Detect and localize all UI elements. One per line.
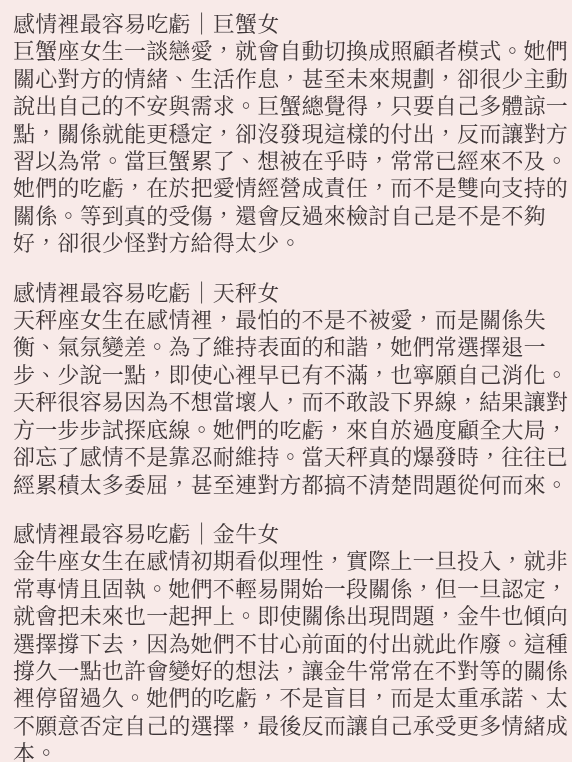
text-line: 就會把未來也一起押上。即使關係出現問題，金牛也傾向 (13, 604, 559, 631)
text-line: 習以為常。當巨蟹累了、想被在乎時，常常已經來不及。 (13, 149, 559, 176)
text-line: 常專情且固執。她們不輕易開始一段關係，但一旦認定， (13, 577, 559, 604)
text-line: 本。 (13, 741, 559, 762)
text-line: 步、少說一點，即使心裡早已有不滿，也寧願自己消化。 (13, 363, 559, 390)
text-line: 撐久一點也許會變好的想法，讓金牛常常在不對等的關係 (13, 659, 559, 686)
section-cancer: 感情裡最容易吃虧｜巨蟹女 巨蟹座女生一談戀愛，就會自動切換成照顧者模式。她們 關… (13, 12, 559, 259)
text-line: 關心對方的情緒、生活作息，甚至未來規劃，卻很少主動 (13, 67, 559, 94)
text-line: 巨蟹座女生一談戀愛，就會自動切換成照顧者模式。她們 (13, 39, 559, 66)
text-line: 天秤座女生在感情裡，最怕的不是不被愛，而是關係失 (13, 308, 559, 335)
text-line: 金牛座女生在感情初期看似理性，實際上一旦投入，就非 (13, 549, 559, 576)
text-line: 好，卻很少怪對方給得太少。 (13, 231, 559, 258)
text-line: 點，關係就能更穩定，卻沒發現這樣的付出，反而讓對方 (13, 122, 559, 149)
text-line: 不願意否定自己的選擇，最後反而讓自己承受更多情緒成 (13, 714, 559, 741)
text-line: 衡、氣氛變差。為了維持表面的和諧，她們常選擇退一 (13, 335, 559, 362)
section-title-libra: 感情裡最容易吃虧｜天秤女 (13, 281, 559, 308)
text-line: 選擇撐下去，因為她們不甘心前面的付出就此作廢。這種 (13, 632, 559, 659)
text-line: 經累積太多委屈，甚至連對方都搞不清楚問題從何而來。 (13, 473, 559, 500)
text-line: 關係。等到真的受傷，還會反過來檢討自己是不是不夠 (13, 204, 559, 231)
section-libra: 感情裡最容易吃虧｜天秤女 天秤座女生在感情裡，最怕的不是不被愛，而是關係失 衡、… (13, 281, 559, 500)
section-title-taurus: 感情裡最容易吃虧｜金牛女 (13, 522, 559, 549)
text-line: 天秤很容易因為不想當壞人，而不敢設下界線，結果讓對 (13, 390, 559, 417)
text-line: 說出自己的不安與需求。巨蟹總覺得，只要自己多體諒一 (13, 94, 559, 121)
document-page: 感情裡最容易吃虧｜巨蟹女 巨蟹座女生一談戀愛，就會自動切換成照顧者模式。她們 關… (0, 0, 572, 762)
text-line: 卻忘了感情不是靠忍耐維持。當天秤真的爆發時，往往已 (13, 445, 559, 472)
section-title-cancer: 感情裡最容易吃虧｜巨蟹女 (13, 12, 559, 39)
section-taurus: 感情裡最容易吃虧｜金牛女 金牛座女生在感情初期看似理性，實際上一旦投入，就非 常… (13, 522, 559, 762)
text-line: 裡停留過久。她們的吃虧，不是盲目，而是太重承諾、太 (13, 686, 559, 713)
text-line: 方一步步試探底線。她們的吃虧，來自於過度顧全大局， (13, 418, 559, 445)
text-line: 她們的吃虧，在於把愛情經營成責任，而不是雙向支持的 (13, 176, 559, 203)
